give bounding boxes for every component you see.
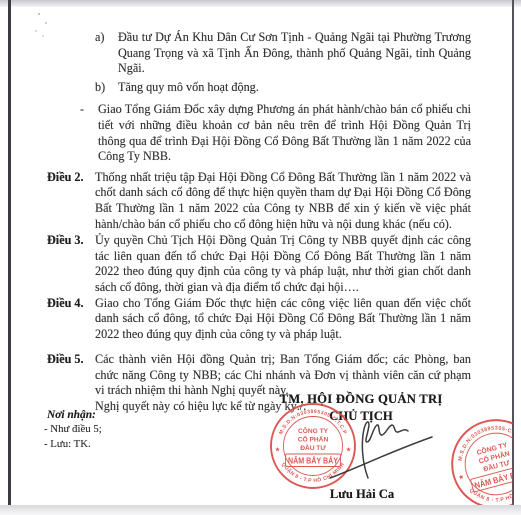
article-3-label: Điều 3.: [47, 233, 95, 295]
article-4-label: Điều 4.: [47, 296, 95, 343]
sub-item-b-text: Tăng quy mô vốn hoạt động.: [118, 80, 471, 96]
partial-stamp-clip: M.S.D.N:0303895305-C.T.C.P QUẬN 8 - T.P …: [450, 416, 513, 512]
article-2-label: Điều 2.: [47, 170, 95, 232]
signer-name: Lưu Hải Ca: [300, 487, 424, 502]
sub-item-b: b) Tăng quy mô vốn hoạt động.: [95, 80, 471, 96]
recipients-block: Nơi nhận: - Như điều 5; - Lưu: TK.: [44, 409, 102, 451]
sub-item-b-marker: b): [95, 80, 118, 96]
company-stamp-partial: M.S.D.N:0303895305-C.T.C.P QUẬN 8 - T.P …: [450, 416, 513, 512]
bullet-item: - Giao Tổng Giám Đốc xây dựng Phương án …: [80, 102, 471, 164]
article-5-label: Điều 5.: [47, 352, 95, 399]
recipient-line: - Lưu: TK.: [44, 438, 102, 451]
article-2-text: Thống nhất triệu tập Đại Hội Đồng Cổ Đôn…: [95, 170, 471, 232]
scan-left-border: [8, 0, 11, 506]
scan-bottom-band: [0, 505, 521, 515]
bullet-marker: -: [80, 102, 98, 164]
article-4: Điều 4. Giao cho Tổng Giám Đốc thực hiện…: [47, 296, 471, 343]
document-body: a) Đầu tư Dự Án Khu Dân Cư Sơn Tịnh - Qu…: [47, 30, 471, 415]
recipient-line: - Như điều 5;: [44, 423, 102, 436]
sub-item-a: a) Đầu tư Dự Án Khu Dân Cư Sơn Tịnh - Qu…: [95, 30, 471, 77]
article-3-text: Ủy quyền Chủ Tịch Hội Đồng Quản Trị Công…: [95, 233, 471, 295]
handwritten-signature: [312, 398, 444, 490]
stamp-star-left-icon: ★: [275, 447, 281, 454]
article-2: Điều 2. Thống nhất triệu tập Đại Hội Đồn…: [47, 170, 471, 232]
bullet-text: Giao Tổng Giám Đốc xây dựng Phương án ph…: [98, 102, 471, 164]
article-4-text: Giao cho Tổng Giám Đốc thực hiện các côn…: [95, 296, 471, 343]
scan-top-band: [0, 0, 521, 7]
sub-item-a-marker: a): [95, 30, 118, 77]
stamp-star-left-icon: ★: [458, 474, 466, 482]
sub-item-a-text: Đầu tư Dự Án Khu Dân Cư Sơn Tịnh - Quảng…: [118, 30, 471, 77]
article-3: Điều 3. Ủy quyền Chủ Tịch Hội Đồng Quản …: [47, 233, 471, 295]
scan-noise: [38, 13, 40, 15]
recipients-heading: Nơi nhận:: [44, 409, 102, 422]
